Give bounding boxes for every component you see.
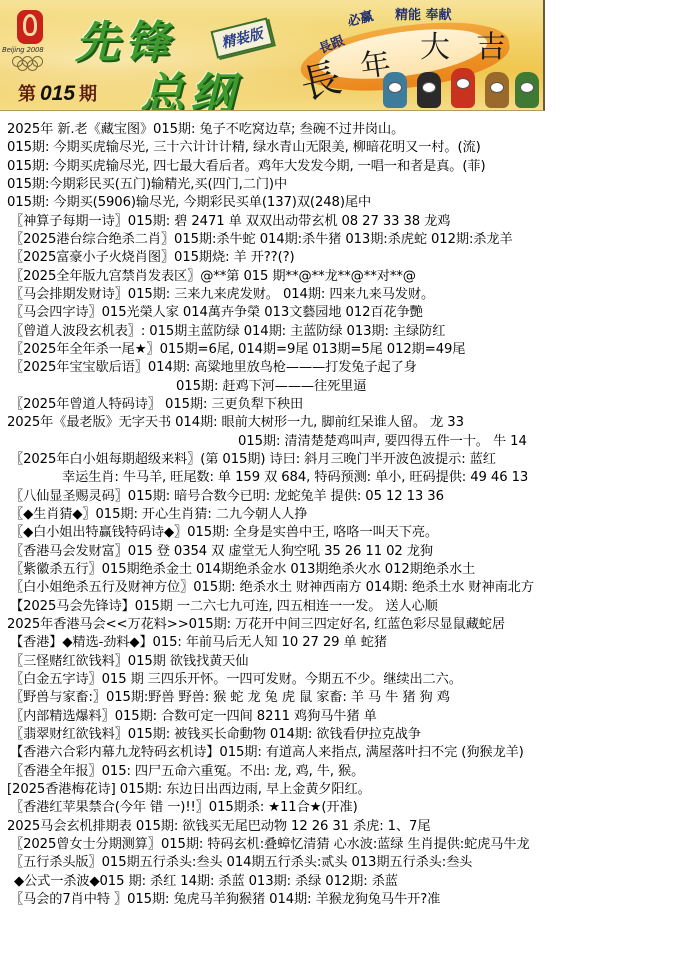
text-line: 〖香港马会发财富〗015 登 0354 双 虚堂无人狗空吼 35 26 11 0…: [10, 543, 433, 561]
issue-number: 015: [40, 82, 75, 105]
olympic-rings-icon: [12, 56, 56, 70]
text-line: 015期: 清清楚楚鸡叫声, 要四得五件一十。 牛 14: [238, 433, 527, 451]
mascot-jingjing-icon: [417, 72, 441, 108]
text-line: 015期: 今期买(5906)输尽光, 今期彩民买单(137)双(248)尾中: [7, 194, 371, 212]
text-line: 〖香港全年报〗015: 四尸五命六重冤。不出: 龙, 鸡, 牛, 猴。: [10, 763, 364, 781]
text-line: 〖八仙显圣赐灵码〗015期: 暗号合数今已明: 龙蛇兔羊 提供: 05 12 1…: [10, 488, 444, 506]
slogan-jing-neng: 精能 奉献: [395, 4, 452, 23]
title-line-2: 总纲: [140, 58, 240, 111]
issue-suffix: 期: [79, 84, 97, 105]
text-line: 〖内部精选爆料〗015期: 合数可定一四间 8211 鸡狗马牛猪 单: [10, 708, 377, 726]
text-line: ◆公式一杀波◆015 期: 杀红 14期: 杀蓝 013期: 杀绿 012期: …: [14, 873, 398, 891]
text-line: [2025香港梅花诗] 015期: 东边日出西边雨, 早上金黄夕阳红。: [7, 781, 371, 799]
text-line: 幸运生肖: 牛马羊, 旺尾数: 单 159 双 684, 特码预测: 单小, 旺…: [62, 469, 528, 487]
text-line: 〖2025年宝宝歇后语〗014期: 高粱地里放鸟枪———打发兔子起了身: [10, 359, 417, 377]
mascot-yingying-icon: [485, 72, 509, 108]
text-line: 〖神算子每期一诗〗015期: 碧 2471 单 双双出动带玄机 08 27 33…: [10, 213, 450, 231]
text-line: 【香港】◆精选-劲料◆】015: 年前马后无人知 10 27 29 单 蛇猪: [10, 634, 387, 652]
text-line: 〖马会四字诗〗015光榮人家 014萬卉争榮 013文藝园地 012百花争艷: [10, 304, 423, 322]
fuwa-mascots: [365, 68, 540, 110]
text-line: 〖◆生肖猜◆〗015期: 开心生肖猜: 二九今朝人人挣: [10, 506, 307, 524]
text-line: 〖白小姐绝杀五行及财神方位〗015期: 绝杀水土 财神西南方 014期: 绝杀土…: [10, 579, 534, 597]
logo-caption: Beijing 2008: [2, 46, 43, 54]
calligraphy-da: 大: [420, 22, 450, 66]
text-line: 〖野兽与家畜:〗015期:野兽 野兽: 猴 蛇 龙 兔 虎 鼠 家畜: 羊 马 …: [10, 689, 450, 707]
text-line: 〖白金五字诗〗015 期 三四乐开怀。一四可发财。今期五不少。继续出二六。: [10, 671, 462, 689]
text-line: 〖2025港台综合绝杀二肖〗015期:杀牛蛇 014期:杀牛猪 013期:杀虎蛇…: [10, 231, 513, 249]
calligraphy-ji: 吉: [476, 22, 506, 66]
issue-prefix: 第: [18, 84, 36, 105]
mascot-beibei-icon: [383, 72, 407, 108]
text-line: 【2025马会先锋诗】015期 一二六七九可连, 四五相连一一发。 送人心顺: [10, 598, 438, 616]
text-line: 〖曾道人波段玄机表〗: 015期主蓝防绿 014期: 主蓝防绿 013期: 主绿…: [10, 323, 445, 341]
text-line: 〖2025年白小姐每期超级来料〗(第 015期) 诗曰: 斜月三晚门半开波色波提…: [10, 451, 496, 469]
header-banner: Beijing 2008 第015期 先锋 总纲 精装版 必赢 精能 奉献 長跟…: [0, 0, 545, 111]
text-line: 〖2025年曾道人特码诗〗 015期: 三更负犁下秧田: [10, 396, 303, 414]
text-line: 〖2025富豪小子火烧肖图〗015期烧: 羊 开??(?): [10, 249, 295, 267]
issue-label: 第015期: [18, 80, 97, 106]
text-line: 〖紫徽杀五行〗015期绝杀金土 014期绝杀金水 013期绝杀火水 012期绝杀…: [10, 561, 475, 579]
text-line: 〖香港红苹果禁合(今年 错 一)!!〗015期杀: ★11合★(开准): [10, 799, 358, 817]
text-line: 2025年《最老版》无字天书 014期: 眼前大树形一九, 脚前红呆谁人留。 龙…: [7, 414, 464, 432]
mascot-nini-icon: [515, 72, 539, 108]
text-line: 015期: 赶鸡下河———往死里逼: [176, 378, 366, 396]
text-line: 〖马会排期发财诗〗015期: 三来九来虎发财。 014期: 四来九来马发财。: [10, 286, 434, 304]
text-line: 015期: 今期买虎输尽光, 三十六计计计精, 绿水青山无限美, 柳暗花明又一村…: [7, 139, 481, 157]
text-line: 【香港六合彩内幕九龙特码玄机诗】015期: 有道高人来指点, 满屋落叶扫不完 (…: [10, 744, 524, 762]
text-line: 015期:今期彩民买(五门)输精光,买(四门,二门)中: [7, 176, 287, 194]
text-line: 〖2025全年版九宫禁肖发表区〗@**第 015 期**@**龙**@**对**…: [10, 268, 416, 286]
text-line: 〖五行杀头版〗015期五行杀头:叁头 014期五行杀头:贰头 013期五行杀头:…: [10, 854, 472, 872]
text-line: 015期: 今期买虎输尽光, 四七最大看后者。鸡年大发发今期, 一唱一和者是真。…: [7, 158, 486, 176]
text-line: 2025年香港马会<<万花料>>015期: 万花开中间三四定好名, 红蓝色彩尽显…: [7, 616, 505, 634]
text-line: 〖◆白小姐出特赢钱特码诗◆〗015期: 全身是实兽中王, 咯咯一叫天下亮。: [10, 524, 438, 542]
text-line: 〖翡翠财红欲钱料〗015期: 被钱买长命動物 014期: 欲钱看伊拉克战争: [10, 726, 421, 744]
text-line: 〖马会的7肖中特 〗015期: 兔虎马羊狗猴猪 014期: 羊猴龙狗兔马牛开?准: [10, 891, 440, 909]
text-line: 〖三怪赌红欲钱料〗015期 欲钱找黄天仙: [10, 653, 248, 671]
text-line: 2025年 新.老《藏宝图》015期: 兔子不吃窝边草; 叁碗不过井岗山。: [7, 121, 404, 139]
text-line: 2025马会玄机排期表 015期: 欲钱买无尾巴动物 12 26 31 杀虎: …: [7, 818, 430, 836]
text-line: 〖2025曾女士分期测算〗015期: 特码玄机:叠蟑忆清猜 心水波:蓝绿 生肖提…: [10, 836, 530, 854]
text-line: 〖2025年全年杀一尾★〗015期=6尾, 014期=9尾 013期=5尾 01…: [10, 341, 465, 359]
mascot-huanhuan-icon: [451, 68, 475, 108]
dancing-beijing-icon: [23, 14, 37, 36]
